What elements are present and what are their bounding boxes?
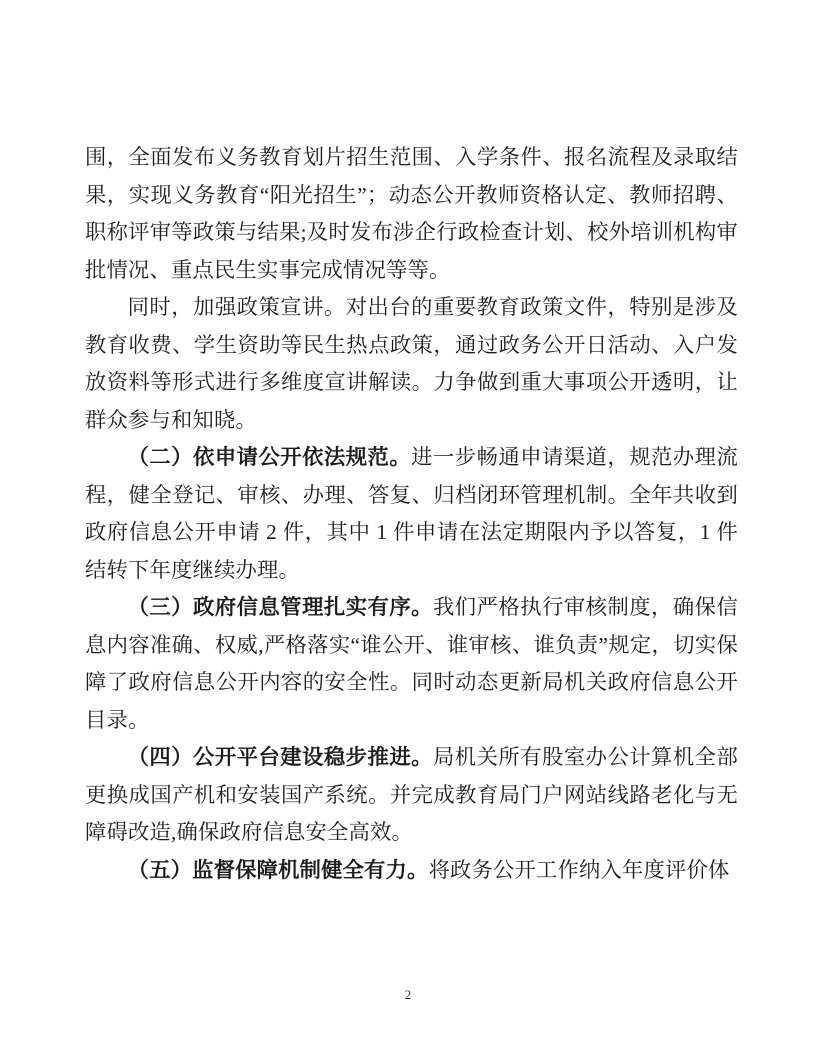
document-body: 围，全面发布义务教育划片招生范围、入学条件、报名流程及录取结果，实现义务教育“阳… bbox=[85, 139, 738, 889]
paragraph-section-5: （五）监督保障机制健全有力。将政务公开工作纳入年度评价体 bbox=[85, 852, 738, 890]
section-heading: （三）政府信息管理扎实有序。 bbox=[128, 595, 433, 619]
section-heading: （五）监督保障机制健全有力。 bbox=[128, 858, 429, 882]
paragraph-text: 围，全面发布义务教育划片招生范围、入学条件、报名流程及录取结果，实现义务教育“阳… bbox=[85, 145, 738, 282]
paragraph-section-3: （三）政府信息管理扎实有序。我们严格执行审核制度，确保信息内容准确、权威,严格落… bbox=[85, 589, 738, 739]
paragraph-text: 将政务公开工作纳入年度评价体 bbox=[429, 858, 730, 882]
section-heading: （四）公开平台建设稳步推进。 bbox=[128, 745, 433, 769]
paragraph-section-2: （二）依申请公开依法规范。进一步畅通申请渠道，规范办理流程，健全登记、审核、办理… bbox=[85, 439, 738, 589]
paragraph-text: 同时，加强政策宣讲。对出台的重要教育政策文件，特别是涉及教育收费、学生资助等民生… bbox=[85, 295, 738, 432]
document-page: 围，全面发布义务教育划片招生范围、入学条件、报名流程及录取结果，实现义务教育“阳… bbox=[0, 0, 816, 1056]
paragraph-continuation: 围，全面发布义务教育划片招生范围、入学条件、报名流程及录取结果，实现义务教育“阳… bbox=[85, 139, 738, 289]
paragraph-section-4: （四）公开平台建设稳步推进。局机关所有股室办公计算机全部更换成国产机和安装国产系… bbox=[85, 739, 738, 852]
section-heading: （二）依申请公开依法规范。 bbox=[128, 445, 412, 469]
paragraph-policy-promotion: 同时，加强政策宣讲。对出台的重要教育政策文件，特别是涉及教育收费、学生资助等民生… bbox=[85, 289, 738, 439]
page-number-footer: 2 bbox=[0, 986, 816, 1004]
